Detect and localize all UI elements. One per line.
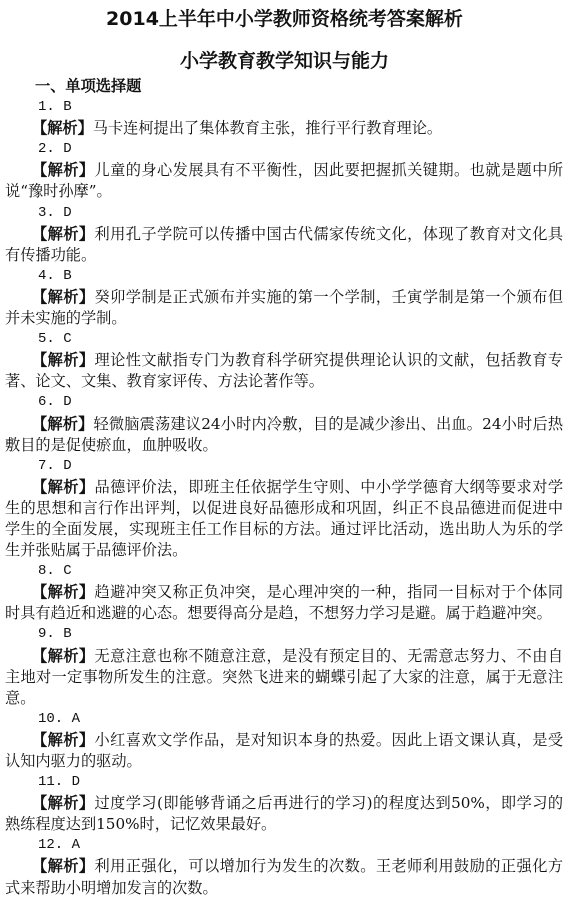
answer-line: 4. B — [5, 266, 563, 287]
explanation: 【解析】利用正强化，可以增加行为发生的次数。王老师利用鼓励的正强化方式来帮助小明… — [5, 856, 563, 898]
explanation: 【解析】癸卯学制是正式颁布并实施的第一个学制，壬寅学制是第一个颁布但并未实施的学… — [5, 287, 563, 329]
question-1: 1. B 【解析】马卡连柯提出了集体教育主张，推行平行教育理论。 — [5, 97, 563, 139]
answer-line: 9. B — [5, 624, 563, 645]
question-5: 5. C 【解析】理论性文献指专门为教育科学研究提供理论认识的文献，包括教育专著… — [5, 329, 563, 392]
document-body: 一、单项选择题 1. B 【解析】马卡连柯提出了集体教育主张，推行平行教育理论。… — [5, 76, 563, 899]
question-4: 4. B 【解析】癸卯学制是正式颁布并实施的第一个学制，壬寅学制是第一个颁布但并… — [5, 266, 563, 329]
analysis-label: 【解析】 — [32, 857, 95, 875]
analysis-label: 【解析】 — [32, 647, 95, 665]
answer-line: 7. D — [5, 456, 563, 477]
question-11: 11. D 【解析】过度学习(即能够背诵之后再进行的学习)的程度达到50%，即学… — [5, 772, 563, 835]
analysis-label: 【解析】 — [32, 794, 95, 812]
explanation: 【解析】轻微脑震荡建议24小时内冷敷，目的是减少渗出、出血。24小时后热敷目的是… — [5, 414, 563, 456]
answer-line: 5. C — [5, 329, 563, 350]
question-2: 2. D 【解析】儿童的身心发展具有不平衡性，因此要把握抓关键期。也就是题中所说… — [5, 139, 563, 202]
explanation: 【解析】理论性文献指专门为教育科学研究提供理论认识的文献，包括教育专著、论文、文… — [5, 350, 563, 392]
explanation: 【解析】小红喜欢文学作品，是对知识本身的热爱。因此上语文课认真，是受认知内驱力的… — [5, 730, 563, 772]
explanation: 【解析】趋避冲突又称正负冲突，是心理冲突的一种，指同一目标对于个体同时具有趋近和… — [5, 582, 563, 624]
analysis-label: 【解析】 — [32, 478, 95, 496]
answer-line: 10. A — [5, 709, 563, 730]
document-subtitle: 小学教育教学知识与能力 — [0, 46, 569, 73]
explanation: 【解析】儿童的身心发展具有不平衡性，因此要把握抓关键期。也就是题中所说“豫时孙摩… — [5, 160, 563, 202]
answer-line: 6. D — [5, 392, 563, 413]
document-title: 2014上半年中小学教师资格统考答案解析 — [0, 4, 569, 31]
explanation: 【解析】无意注意也称不随意注意，是没有预定目的、无需意志努力、不由自主地对一定事… — [5, 646, 563, 709]
explanation: 【解析】过度学习(即能够背诵之后再进行的学习)的程度达到50%，即学习的熟练程度… — [5, 793, 563, 835]
analysis-label: 【解析】 — [32, 583, 95, 601]
question-9: 9. B 【解析】无意注意也称不随意注意，是没有预定目的、无需意志努力、不由自主… — [5, 624, 563, 708]
analysis-label: 【解析】 — [32, 161, 95, 179]
answer-line: 1. B — [5, 97, 563, 118]
answer-line: 12. A — [5, 835, 563, 856]
analysis-label: 【解析】 — [32, 288, 95, 306]
analysis-label: 【解析】 — [32, 415, 94, 433]
analysis-label: 【解析】 — [32, 731, 95, 749]
question-12: 12. A 【解析】利用正强化，可以增加行为发生的次数。王老师利用鼓励的正强化方… — [5, 835, 563, 898]
explanation-text: 马卡连柯提出了集体教育主张，推行平行教育理论。 — [93, 119, 442, 137]
analysis-label: 【解析】 — [32, 351, 95, 369]
explanation: 【解析】品德评价法，即班主任依据学生守则、中小学学德育大纲等要求对学生的思想和言… — [5, 477, 563, 561]
question-7: 7. D 【解析】品德评价法，即班主任依据学生守则、中小学学德育大纲等要求对学生… — [5, 456, 563, 561]
answer-line: 11. D — [5, 772, 563, 793]
section-heading: 一、单项选择题 — [5, 76, 563, 97]
question-10: 10. A 【解析】小红喜欢文学作品，是对知识本身的热爱。因此上语文课认真，是受… — [5, 709, 563, 772]
question-8: 8. C 【解析】趋避冲突又称正负冲突，是心理冲突的一种，指同一目标对于个体同时… — [5, 561, 563, 624]
analysis-label: 【解析】 — [32, 119, 93, 137]
explanation: 【解析】利用孔子学院可以传播中国古代儒家传统文化，体现了教育对文化具有传播功能。 — [5, 224, 563, 266]
question-3: 3. D 【解析】利用孔子学院可以传播中国古代儒家传统文化，体现了教育对文化具有… — [5, 203, 563, 266]
analysis-label: 【解析】 — [32, 225, 95, 243]
answer-line: 3. D — [5, 203, 563, 224]
explanation: 【解析】马卡连柯提出了集体教育主张，推行平行教育理论。 — [5, 118, 563, 139]
question-6: 6. D 【解析】轻微脑震荡建议24小时内冷敷，目的是减少渗出、出血。24小时后… — [5, 392, 563, 455]
answer-line: 8. C — [5, 561, 563, 582]
answer-line: 2. D — [5, 139, 563, 160]
